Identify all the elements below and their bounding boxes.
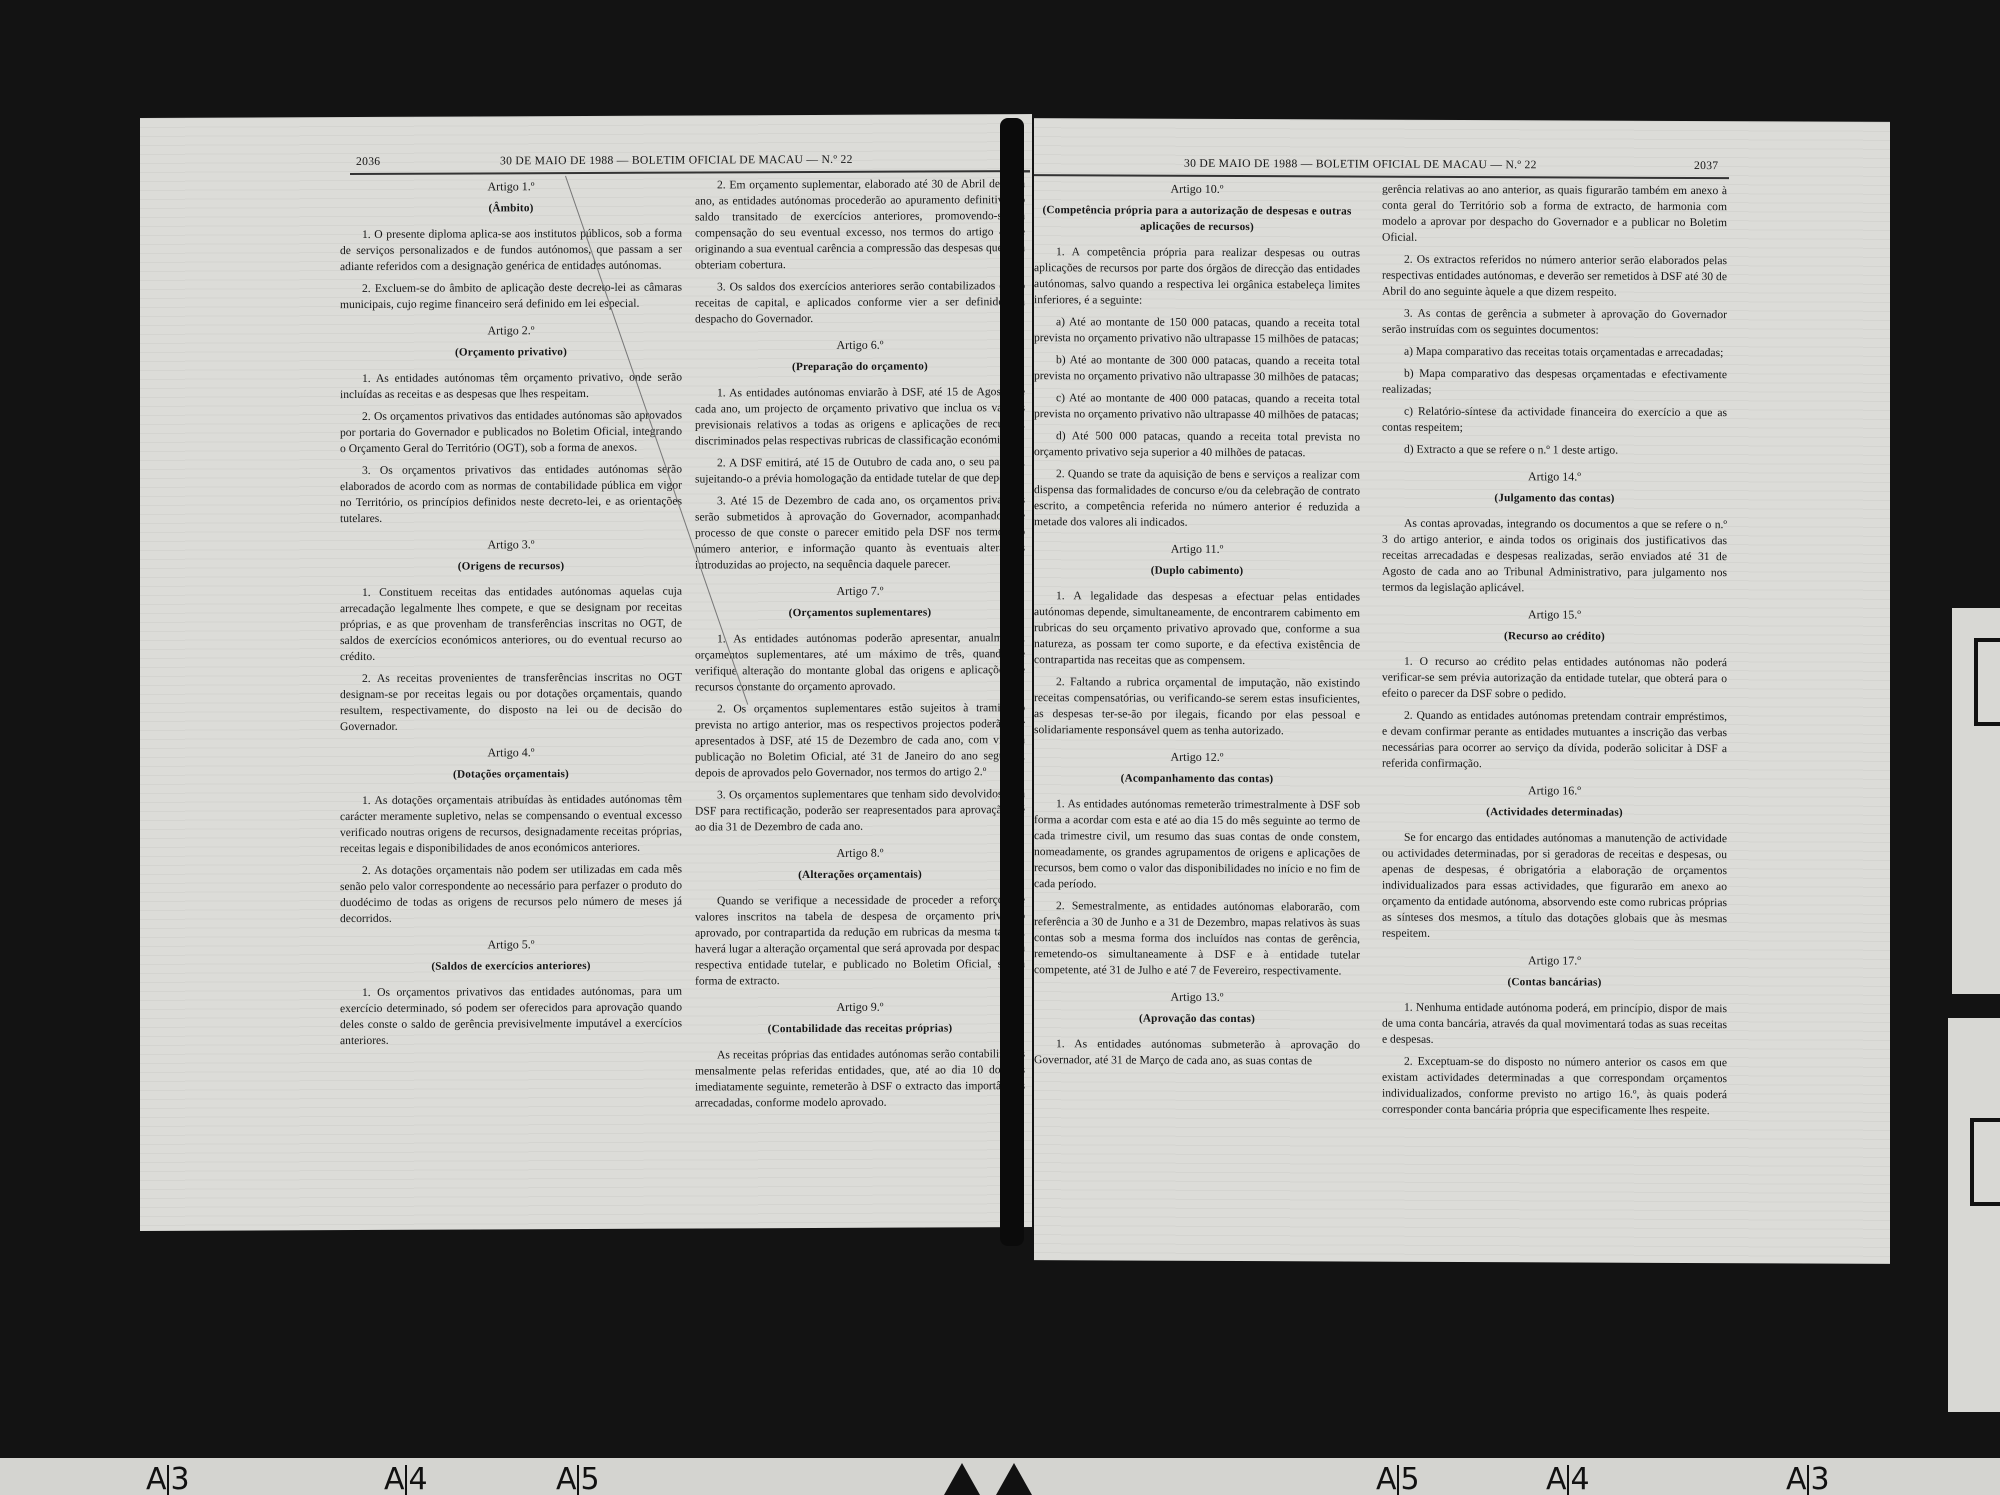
film-label-a5-left: A5 — [556, 1465, 598, 1495]
header-rule — [350, 170, 1030, 174]
paragraph: 2. Os orçamentos suplementares estão suj… — [695, 700, 1025, 781]
article-subheading: (Competência própria para a autorização … — [1034, 202, 1360, 235]
paragraph: 2. Exceptuam-se do disposto no número an… — [1382, 1054, 1727, 1120]
right-page: 30 DE MAIO DE 1988 — BOLETIM OFICIAL DE … — [1034, 118, 1890, 1264]
center-marker-icon — [944, 1463, 1034, 1495]
paragraph: 1. As entidades autónomas têm orçamento … — [340, 370, 682, 403]
page-number-right: 2037 — [1694, 159, 1718, 172]
paragraph: a) Até ao montante de 150 000 patacas, q… — [1034, 314, 1360, 347]
paragraph: 3. As contas de gerência a submeter à ap… — [1382, 306, 1727, 340]
article-heading: Artigo 9.º — [695, 998, 1025, 1015]
article-subheading: (Duplo cabimento) — [1034, 562, 1360, 579]
paragraph: 3. Os saldos dos exercícios anteriores s… — [695, 278, 1025, 327]
article-subheading: (Origens de recursos) — [340, 558, 682, 575]
article-subheading: (Preparação do orçamento) — [695, 358, 1025, 375]
paragraph: 2. Os orçamentos privativos das entidade… — [340, 408, 682, 457]
article-heading: Artigo 10.º — [1034, 180, 1360, 197]
article-subheading: (Dotações orçamentais) — [340, 766, 682, 783]
article-heading: Artigo 12.º — [1034, 748, 1360, 765]
paragraph: b) Até ao montante de 300 000 patacas, q… — [1034, 352, 1360, 385]
book-gutter — [1000, 118, 1024, 1246]
paragraph: 1. As entidades autónomas submeterão à a… — [1034, 1036, 1360, 1069]
running-head-right: 30 DE MAIO DE 1988 — BOLETIM OFICIAL DE … — [1184, 157, 1537, 172]
paragraph: 1. O recurso ao crédito pelas entidades … — [1382, 654, 1727, 704]
paragraph: 1. As dotações orçamentais atribuídas às… — [340, 792, 682, 857]
column-right-1: Artigo 10.º(Competência própria para a a… — [1034, 180, 1360, 1075]
article-heading: Artigo 11.º — [1034, 540, 1360, 557]
article-heading: Artigo 17.º — [1382, 952, 1727, 970]
article-subheading: (Âmbito) — [340, 200, 682, 217]
paragraph: 2. As dotações orçamentais não podem ser… — [340, 862, 682, 927]
column-left-1: Artigo 1.º(Âmbito)1. O presente diploma … — [340, 178, 682, 1055]
frame-mark-icon — [1970, 1118, 2000, 1206]
article-heading: Artigo 1.º — [340, 178, 682, 195]
adjacent-frame-edge — [1952, 608, 2000, 994]
paragraph: d) Extracto a que se refere o n.º 1 dest… — [1382, 442, 1727, 460]
paragraph: a) Mapa comparativo das receitas totais … — [1382, 344, 1727, 362]
article-subheading: (Contabilidade das receitas próprias) — [695, 1020, 1025, 1037]
film-label-a5-right: A5 — [1376, 1465, 1418, 1495]
paragraph: 2. As receitas provenientes de transferê… — [340, 670, 682, 735]
paragraph: Quando se verifique a necessidade de pro… — [695, 892, 1025, 989]
article-subheading: (Orçamento privativo) — [340, 344, 682, 361]
paragraph: 3. Os orçamentos privativos das entidade… — [340, 462, 682, 527]
column-right-2: gerência relativas ao ano anterior, as q… — [1382, 182, 1727, 1126]
article-heading: Artigo 6.º — [695, 336, 1025, 353]
article-heading: Artigo 13.º — [1034, 988, 1360, 1005]
paragraph: As receitas próprias das entidades autón… — [695, 1046, 1025, 1111]
film-label-a3-right: A3 — [1786, 1465, 1828, 1495]
article-heading: Artigo 16.º — [1382, 782, 1727, 800]
article-heading: Artigo 14.º — [1382, 468, 1727, 486]
column-left-2: 2. Em orçamento suplementar, elaborado a… — [695, 176, 1025, 1117]
paragraph: 3. Até 15 de Dezembro de cada ano, os or… — [695, 492, 1025, 573]
paragraph: 1. Os orçamentos privativos das entidade… — [340, 984, 682, 1049]
paragraph: 1. As entidades autónomas remeterão trim… — [1034, 796, 1360, 893]
paragraph: 1. Constituem receitas das entidades aut… — [340, 584, 682, 665]
paragraph: 3. Os orçamentos suplementares que tenha… — [695, 786, 1025, 835]
paragraph: 2. Os extractos referidos no número ante… — [1382, 252, 1727, 302]
paragraph: 1. A competência própria para realizar d… — [1034, 244, 1360, 309]
paragraph: 2. Quando se trate da aquisição de bens … — [1034, 466, 1360, 531]
article-heading: Artigo 3.º — [340, 536, 682, 553]
paragraph: 2. Quando as entidades autónomas pretend… — [1382, 708, 1727, 774]
paragraph: 2. Faltando a rubrica orçamental de impu… — [1034, 674, 1360, 739]
article-heading: Artigo 2.º — [340, 322, 682, 339]
paragraph: 1. O presente diploma aplica-se aos inst… — [340, 226, 682, 275]
header-rule — [1034, 174, 1729, 179]
article-subheading: (Orçamentos suplementares) — [695, 604, 1025, 621]
paragraph: 1. As entidades autónomas poderão aprese… — [695, 630, 1025, 695]
film-label-a4-left: A4 — [384, 1465, 426, 1495]
paragraph: As contas aprovadas, integrando os docum… — [1382, 516, 1727, 598]
article-heading: Artigo 8.º — [695, 844, 1025, 861]
article-subheading: (Aprovação das contas) — [1034, 1010, 1360, 1027]
paragraph: 1. As entidades autónomas enviarão à DSF… — [695, 384, 1025, 449]
article-heading: Artigo 15.º — [1382, 606, 1727, 624]
film-label-a4-right: A4 — [1546, 1465, 1588, 1495]
left-page: 2036 30 DE MAIO DE 1988 — BOLETIM OFICIA… — [140, 114, 1032, 1231]
page-number-left: 2036 — [356, 155, 380, 168]
article-subheading: (Actividades determinadas) — [1382, 804, 1727, 822]
adjacent-frame-edge — [1948, 1018, 2000, 1412]
paragraph: 2. Semestralmente, as entidades autónoma… — [1034, 898, 1360, 979]
paragraph: c) Relatório-síntese da actividade finan… — [1382, 404, 1727, 438]
article-heading: Artigo 4.º — [340, 744, 682, 761]
film-strip-margin: A3 A4 A5 A5 A4 A3 — [0, 1458, 2000, 1495]
running-head-left: 30 DE MAIO DE 1988 — BOLETIM OFICIAL DE … — [500, 153, 853, 168]
paragraph: Se for encargo das entidades autónomas a… — [1382, 830, 1727, 944]
paragraph: c) Até ao montante de 400 000 patacas, q… — [1034, 390, 1360, 423]
paragraph: d) Até 500 000 patacas, quando a receita… — [1034, 428, 1360, 461]
article-subheading: (Acompanhamento das contas) — [1034, 770, 1360, 787]
paragraph: 2. Excluem-se do âmbito de aplicação des… — [340, 280, 682, 313]
article-subheading: (Julgamento das contas) — [1382, 490, 1727, 508]
frame-mark-icon — [1974, 638, 2000, 726]
paragraph: b) Mapa comparativo das despesas orçamen… — [1382, 366, 1727, 400]
paragraph: 2. A DSF emitirá, até 15 de Outubro de c… — [695, 454, 1025, 487]
film-label-a3-left: A3 — [146, 1465, 188, 1495]
paragraph: 1. A legalidade das despesas a efectuar … — [1034, 588, 1360, 669]
article-heading: Artigo 5.º — [340, 936, 682, 953]
article-subheading: (Saldos de exercícios anteriores) — [340, 958, 682, 975]
paragraph: 1. Nenhuma entidade autónoma poderá, em … — [1382, 1000, 1727, 1050]
article-subheading: (Contas bancárias) — [1382, 974, 1727, 992]
paragraph: 2. Em orçamento suplementar, elaborado a… — [695, 176, 1025, 273]
paragraph: gerência relativas ao ano anterior, as q… — [1382, 182, 1727, 248]
article-subheading: (Alterações orçamentais) — [695, 866, 1025, 883]
article-heading: Artigo 7.º — [695, 582, 1025, 599]
article-subheading: (Recurso ao crédito) — [1382, 628, 1727, 646]
